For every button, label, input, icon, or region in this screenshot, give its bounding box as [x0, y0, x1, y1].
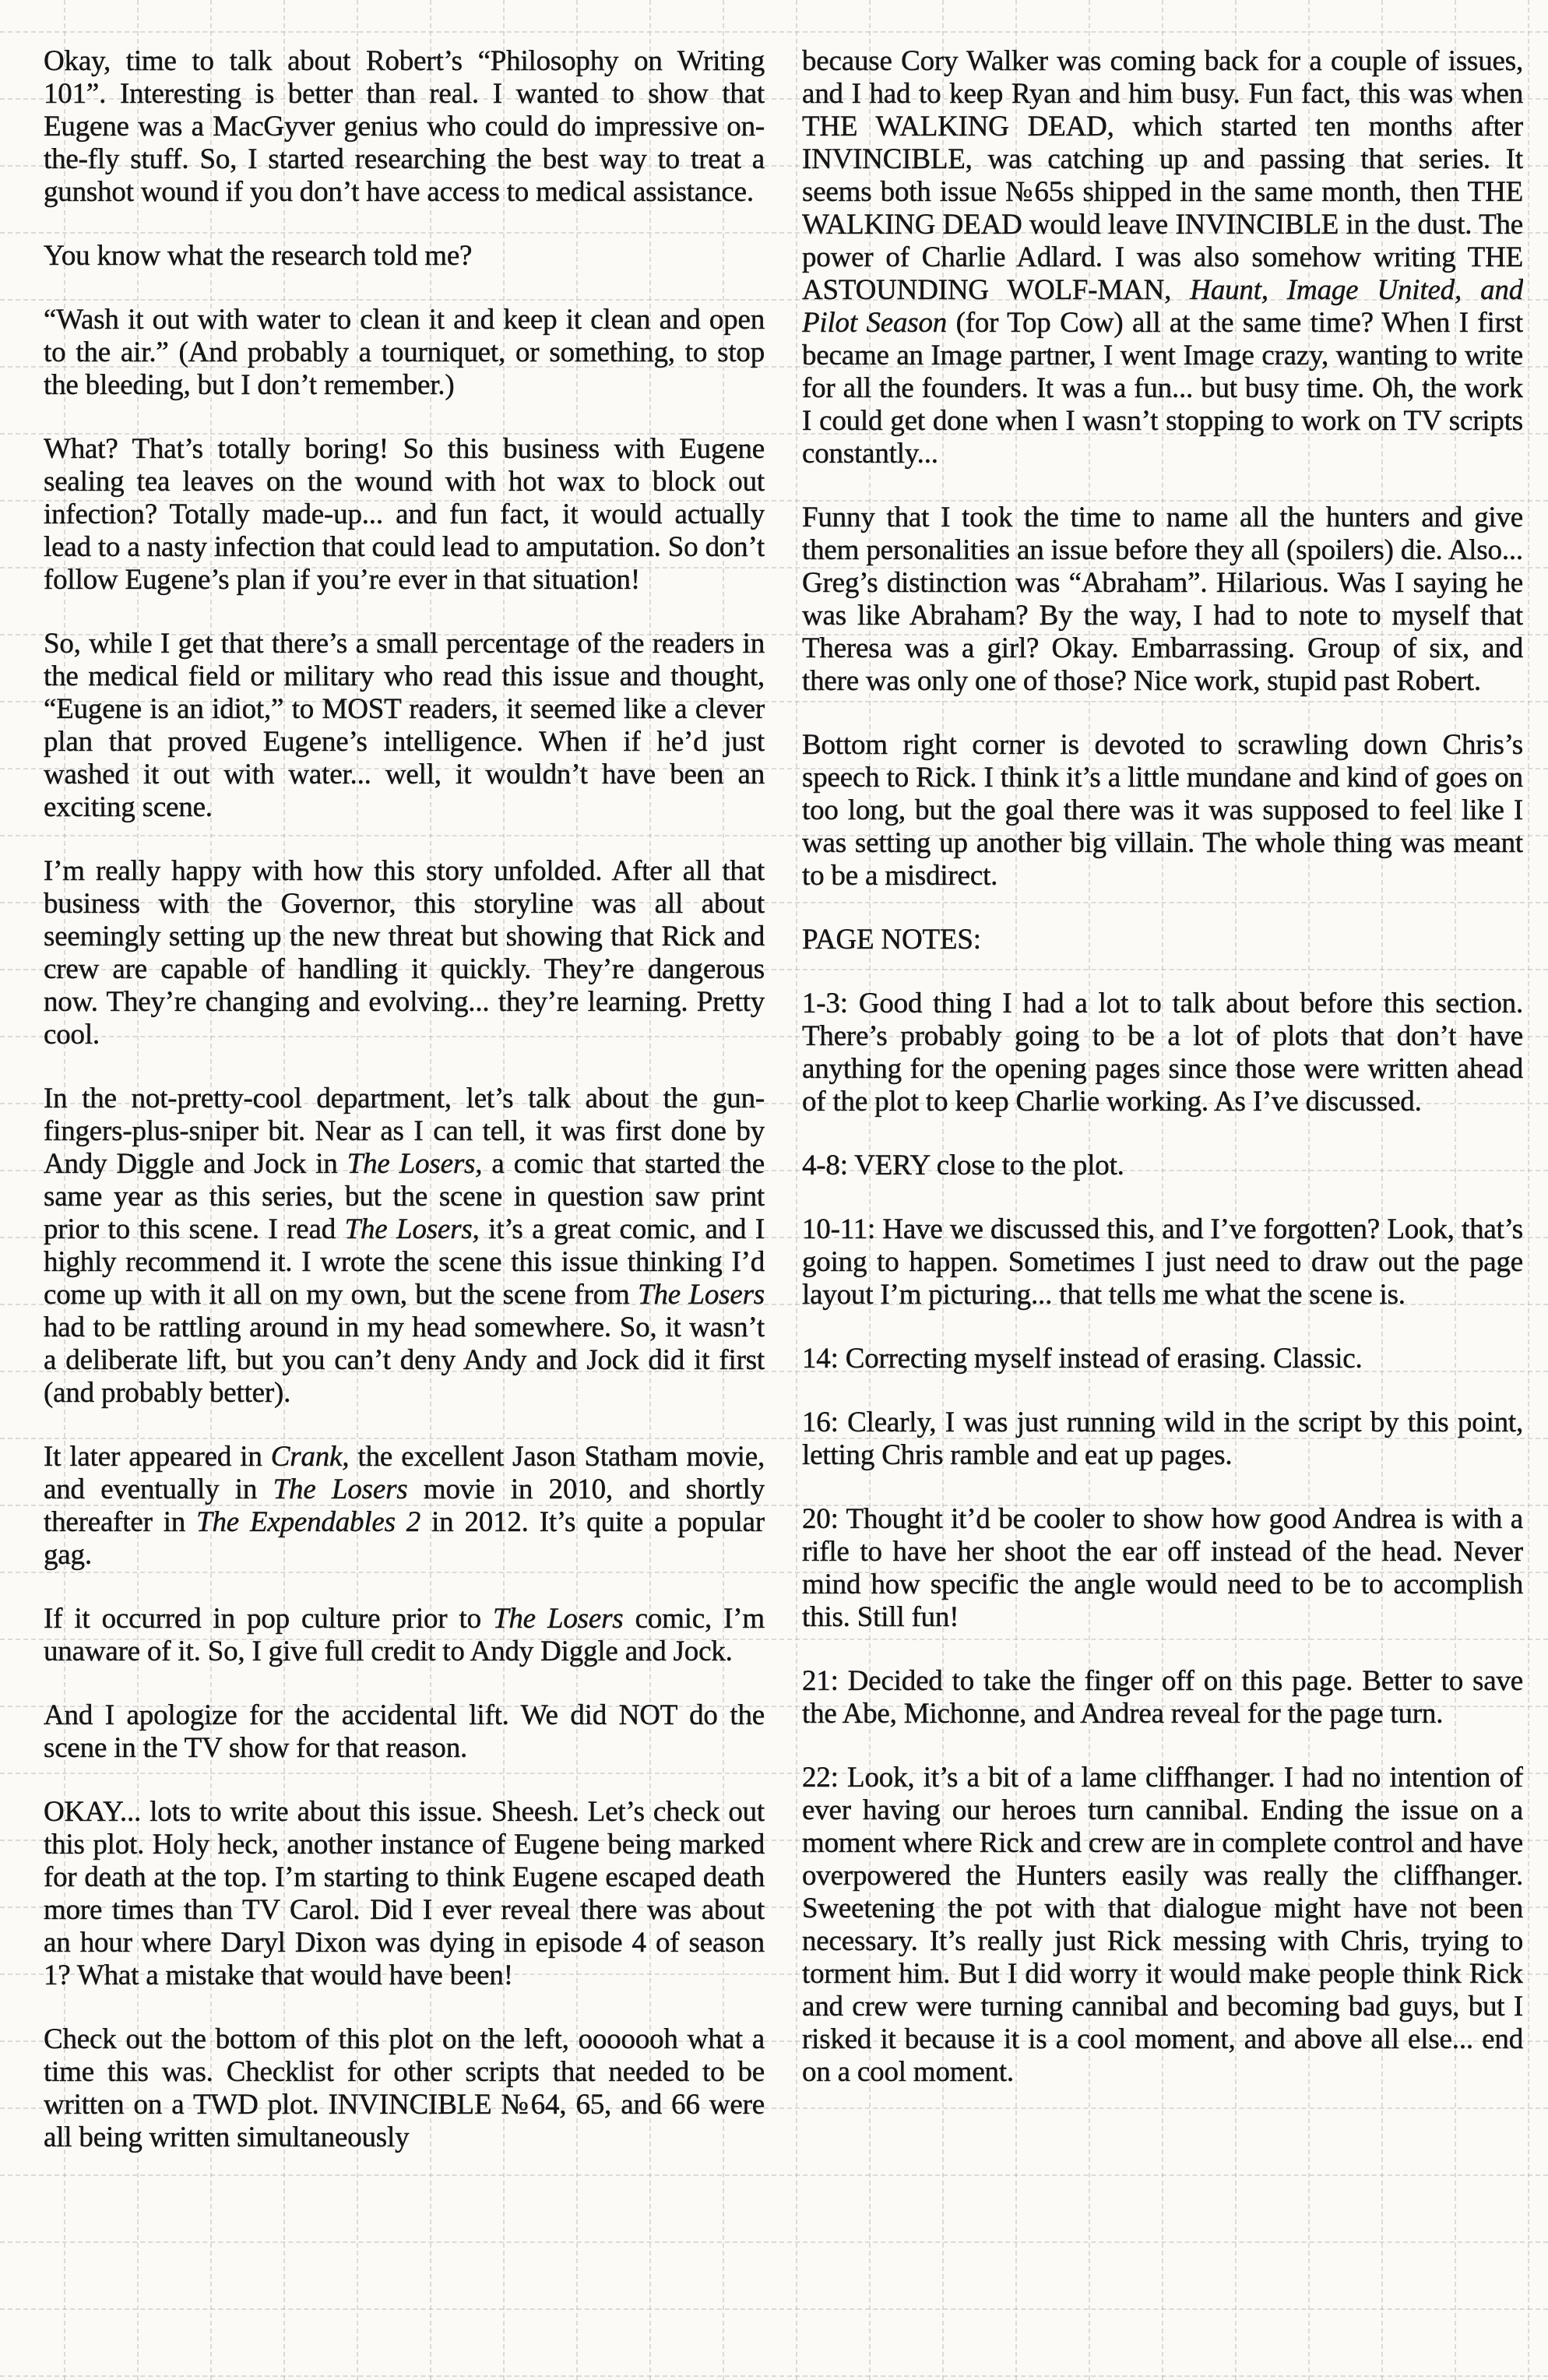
paragraph: What? That’s totally boring! So this bus…: [44, 433, 765, 597]
italic-title: The Losers,: [347, 1148, 483, 1180]
paragraph: 21: Decided to take the finger off on th…: [802, 1665, 1523, 1730]
text-run: You know what the research told me?: [44, 240, 472, 272]
paragraph: Funny that I took the time to name all t…: [802, 502, 1523, 698]
paragraph: OKAY... lots to write about this issue. …: [44, 1796, 765, 1992]
text-run: 14: Correcting myself instead of erasing…: [802, 1343, 1363, 1375]
text-run: 22: Look, it’s a bit of a lame cliffhang…: [802, 1762, 1523, 2088]
paragraph: PAGE NOTES:: [802, 924, 1523, 956]
paragraph: 1-3: Good thing I had a lot to talk abou…: [802, 988, 1523, 1118]
text-run: 21: Decided to take the finger off on th…: [802, 1665, 1523, 1730]
paragraph: And I apologize for the accidental lift.…: [44, 1699, 765, 1765]
text-columns: Okay, time to talk about Robert’s “Philo…: [44, 45, 1523, 2380]
paragraph: 14: Correcting myself instead of erasing…: [802, 1343, 1523, 1375]
text-run: 1-3: Good thing I had a lot to talk abou…: [802, 988, 1523, 1118]
text-run: because Cory Walker was coming back for …: [802, 45, 1523, 306]
paragraph: It later appeared in Crank, the excellen…: [44, 1441, 765, 1572]
italic-title: The Losers: [493, 1603, 624, 1635]
italic-title: The Losers: [638, 1279, 765, 1311]
italic-title: Crank,: [271, 1441, 350, 1473]
paragraph: You know what the research told me?: [44, 240, 765, 273]
paragraph: 20: Thought it’d be cooler to show how g…: [802, 1503, 1523, 1634]
text-run: 4-8: VERY close to the plot.: [802, 1150, 1124, 1181]
text-run: If it occurred in pop culture prior to: [44, 1603, 493, 1635]
paragraph: 16: Clearly, I was just running wild in …: [802, 1407, 1523, 1472]
script-book-commentary-page: Okay, time to talk about Robert’s “Philo…: [0, 0, 1548, 2380]
text-run: I’m really happy with how this story unf…: [44, 855, 765, 1051]
text-run: Okay, time to talk about Robert’s “Philo…: [44, 45, 765, 208]
text-run: “Wash it out with water to clean it and …: [44, 304, 765, 401]
text-run: So, while I get that there’s a small per…: [44, 628, 765, 823]
italic-title: The Losers,: [345, 1213, 480, 1245]
paragraph: 10-11: Have we discussed this, and I’ve …: [802, 1213, 1523, 1311]
text-run: It later appeared in: [44, 1441, 271, 1473]
paragraph: “Wash it out with water to clean it and …: [44, 304, 765, 402]
left-column: Okay, time to talk about Robert’s “Philo…: [44, 45, 765, 2380]
paragraph: Bottom right corner is devoted to scrawl…: [802, 729, 1523, 892]
text-run: Funny that I took the time to name all t…: [802, 502, 1523, 697]
text-run: And I apologize for the accidental lift.…: [44, 1699, 765, 1764]
text-run: 10-11: Have we discussed this, and I’ve …: [802, 1213, 1523, 1311]
paragraph: 22: Look, it’s a bit of a lame cliffhang…: [802, 1762, 1523, 2089]
text-run: What? That’s totally boring! So this bus…: [44, 433, 765, 596]
italic-title: The Losers: [273, 1473, 408, 1505]
paragraph: Check out the bottom of this plot on the…: [44, 2023, 765, 2154]
paragraph: I’m really happy with how this story unf…: [44, 855, 765, 1051]
text-run: OKAY... lots to write about this issue. …: [44, 1796, 765, 1991]
paragraph: If it occurred in pop culture prior to T…: [44, 1603, 765, 1668]
paragraph: because Cory Walker was coming back for …: [802, 45, 1523, 470]
text-run: Check out the bottom of this plot on the…: [44, 2023, 765, 2153]
paragraph: In the not-pretty-cool department, let’s…: [44, 1083, 765, 1410]
text-run: had to be rattling around in my head som…: [44, 1311, 765, 1409]
paragraph: Okay, time to talk about Robert’s “Philo…: [44, 45, 765, 209]
italic-title: The Expendables 2: [196, 1506, 420, 1538]
text-run: 16: Clearly, I was just running wild in …: [802, 1407, 1523, 1471]
text-run: Bottom right corner is devoted to scrawl…: [802, 729, 1523, 892]
text-run: 20: Thought it’d be cooler to show how g…: [802, 1503, 1523, 1633]
text-run: PAGE NOTES:: [802, 924, 981, 956]
paragraph: 4-8: VERY close to the plot.: [802, 1150, 1523, 1182]
paragraph: So, while I get that there’s a small per…: [44, 628, 765, 824]
right-column: because Cory Walker was coming back for …: [802, 45, 1523, 2380]
